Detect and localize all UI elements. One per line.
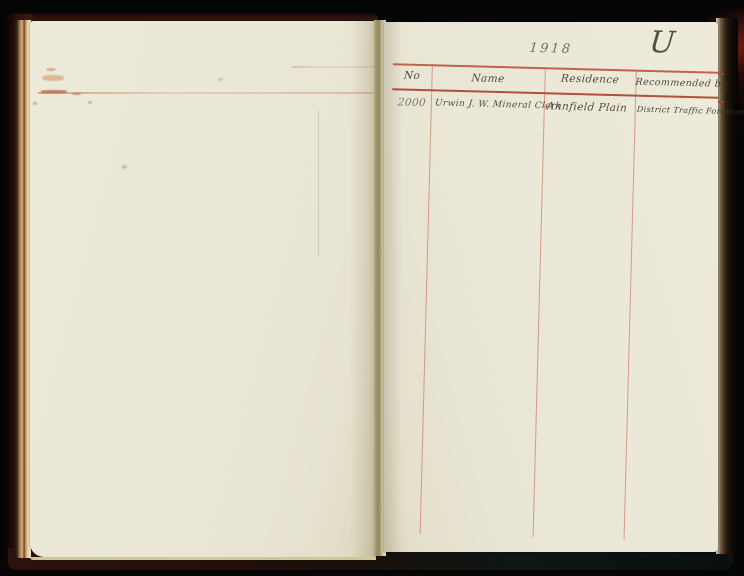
entry-name: Urwin J. W. Mineral Clerk (434, 98, 562, 111)
index-letter-handwriting: U (648, 25, 677, 61)
ink-speck (218, 78, 223, 81)
ink-smudge (46, 68, 56, 71)
column-rule-1 (420, 64, 433, 534)
entry-residence: Annfield Plain (546, 100, 628, 114)
ink-speck (122, 165, 127, 169)
rule-transfer-vertical (318, 110, 319, 256)
ink-speck (33, 102, 37, 105)
ink-speck (88, 101, 92, 104)
right-page: U 1918 No Name Residence Recommended by … (384, 22, 718, 552)
column-rule-3 (624, 70, 637, 540)
ink-smudge (72, 93, 81, 95)
ink-transfer-line (292, 66, 374, 68)
page-block-fore-edge-right (716, 18, 738, 554)
column-header-no: No (392, 69, 432, 82)
ink-transfer-line (38, 92, 374, 94)
entry-recommended-by: District Traffic Foreman (636, 105, 744, 117)
column-header-recommended-by: Recommended by (635, 77, 720, 90)
page-block-fore-edge-left (14, 20, 31, 558)
column-rule-2 (533, 67, 546, 537)
left-page (30, 21, 376, 557)
ink-smudge (42, 75, 64, 81)
year-handwriting: 1918 (529, 41, 574, 57)
photo-stage: U 1918 No Name Residence Recommended by … (0, 0, 744, 576)
header-bottom-rule (392, 88, 718, 98)
column-header-name: Name (431, 71, 545, 86)
ink-smudge (41, 90, 67, 93)
ruled-table: U 1918 No Name Residence Recommended by … (370, 22, 718, 561)
column-header-residence: Residence (544, 72, 636, 86)
entry-no: 2000 (394, 96, 429, 109)
rule-bleed-tick (717, 101, 724, 103)
